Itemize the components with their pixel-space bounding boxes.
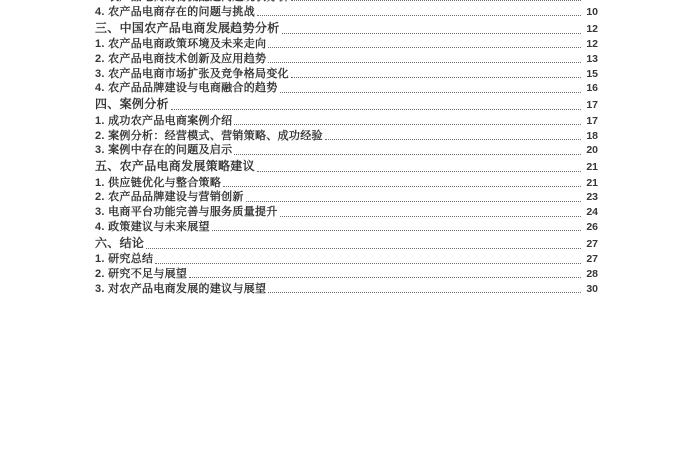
- toc-row[interactable]: 1. 成功农产品电商案例介绍 17: [95, 114, 598, 129]
- toc-page-number: 28: [582, 267, 598, 282]
- dot-leader: [280, 216, 581, 217]
- toc-page-number: 13: [582, 52, 598, 67]
- toc-entry-label: 4. 农产品品牌建设与电商融合的趋势: [95, 81, 278, 96]
- dot-leader: [282, 33, 581, 34]
- toc-row[interactable]: 1. 研究总结 27: [95, 252, 598, 267]
- toc-entry-label: 2. 农产品品牌建设与营销创新: [95, 190, 244, 205]
- toc-page-number: 17: [582, 114, 598, 129]
- toc-entry-label: 3. 案例中存在的问题及启示: [95, 143, 232, 158]
- dot-leader: [268, 62, 581, 63]
- toc-row[interactable]: 2. 研究不足与展望 28: [95, 267, 598, 282]
- toc-row[interactable]: 3. 农产品电商市场扩张及竞争格局变化 15: [95, 67, 598, 82]
- toc-entry-label: 三、中国农产品电商发展趋势分析: [95, 20, 280, 38]
- dot-leader: [171, 109, 581, 110]
- toc-row[interactable]: 4. 农产品电商存在的问题与挑战 10: [95, 5, 598, 20]
- dot-leader: [325, 139, 581, 140]
- dot-leader: [291, 0, 581, 1]
- dot-leader: [189, 277, 581, 278]
- dot-leader: [223, 186, 581, 187]
- dot-leader: [268, 292, 581, 293]
- toc-row[interactable]: 三、中国农产品电商发展趋势分析 12: [95, 20, 598, 38]
- toc-entry-label: 1. 供应链优化与整合策略: [95, 176, 221, 191]
- dot-leader: [291, 77, 581, 78]
- toc-page-number: 24: [582, 205, 598, 220]
- dot-leader: [280, 92, 581, 93]
- toc-row[interactable]: 3. 对农产品电商发展的建议与展望 30: [95, 282, 598, 297]
- toc-entry-label: 六、结论: [95, 235, 144, 253]
- toc-page-number: 20: [582, 143, 598, 158]
- toc-page-number: 30: [582, 282, 598, 297]
- dot-leader: [212, 230, 581, 231]
- toc-row[interactable]: 2. 案例分析：经营模式、营销策略、成功经验 18: [95, 129, 598, 144]
- toc-page-number: 27: [582, 236, 598, 253]
- toc-entry-label: 2. 研究不足与展望: [95, 267, 187, 282]
- toc-page-number: 12: [582, 37, 598, 52]
- toc-entry-label: 2. 农产品电商技术创新及应用趋势: [95, 52, 266, 67]
- table-of-contents: 3. 农产品电商的物流配送问题现状分析 9 4. 农产品电商存在的问题与挑战 1…: [95, 0, 598, 297]
- toc-entry-label: 1. 研究总结: [95, 252, 153, 267]
- dot-leader: [234, 154, 581, 155]
- document-page: 3. 农产品电商的物流配送问题现状分析 9 4. 农产品电商存在的问题与挑战 1…: [0, 0, 700, 470]
- dot-leader: [246, 201, 581, 202]
- toc-page-number: 21: [582, 159, 598, 176]
- dot-leader: [155, 263, 581, 264]
- toc-entry-label: 3. 电商平台功能完善与服务质量提升: [95, 205, 278, 220]
- toc-row[interactable]: 1. 农产品电商政策环境及未来走向 12: [95, 37, 598, 52]
- toc-page-number: 15: [582, 67, 598, 82]
- toc-page-number: 23: [582, 190, 598, 205]
- toc-entry-label: 3. 农产品电商市场扩张及竞争格局变化: [95, 67, 289, 82]
- toc-entry-label: 1. 成功农产品电商案例介绍: [95, 114, 232, 129]
- toc-entry-label: 1. 农产品电商政策环境及未来走向: [95, 37, 266, 52]
- toc-row[interactable]: 4. 政策建议与未来展望 26: [95, 220, 598, 235]
- toc-row[interactable]: 4. 农产品品牌建设与电商融合的趋势 16: [95, 81, 598, 96]
- toc-row[interactable]: 五、农产品电商发展策略建议 21: [95, 158, 598, 176]
- toc-row[interactable]: 2. 农产品品牌建设与营销创新 23: [95, 190, 598, 205]
- toc-page-number: 12: [582, 21, 598, 38]
- toc-page-number: 17: [582, 97, 598, 114]
- dot-leader: [234, 124, 581, 125]
- dot-leader: [146, 248, 581, 249]
- toc-entry-label: 4. 农产品电商存在的问题与挑战: [95, 5, 255, 20]
- toc-page-number: 18: [582, 129, 598, 144]
- toc-entry-label: 2. 案例分析：经营模式、营销策略、成功经验: [95, 129, 323, 144]
- toc-page-number: 21: [582, 176, 598, 191]
- toc-entry-label: 五、农产品电商发展策略建议: [95, 158, 255, 176]
- toc-page-number: 10: [582, 5, 598, 20]
- dot-leader: [268, 47, 581, 48]
- dot-leader: [257, 171, 581, 172]
- toc-entry-label: 四、案例分析: [95, 96, 169, 114]
- toc-page-number: 27: [582, 252, 598, 267]
- toc-page-number: 26: [582, 220, 598, 235]
- toc-entry-label: 4. 政策建议与未来展望: [95, 220, 210, 235]
- toc-row[interactable]: 四、案例分析 17: [95, 96, 598, 114]
- toc-row[interactable]: 3. 案例中存在的问题及启示 20: [95, 143, 598, 158]
- toc-row[interactable]: 2. 农产品电商技术创新及应用趋势 13: [95, 52, 598, 67]
- dot-leader: [257, 15, 581, 16]
- toc-page-number: 16: [582, 81, 598, 96]
- toc-row[interactable]: 六、结论 27: [95, 235, 598, 253]
- toc-row[interactable]: 1. 供应链优化与整合策略 21: [95, 176, 598, 191]
- toc-row[interactable]: 3. 电商平台功能完善与服务质量提升 24: [95, 205, 598, 220]
- toc-entry-label: 3. 对农产品电商发展的建议与展望: [95, 282, 266, 297]
